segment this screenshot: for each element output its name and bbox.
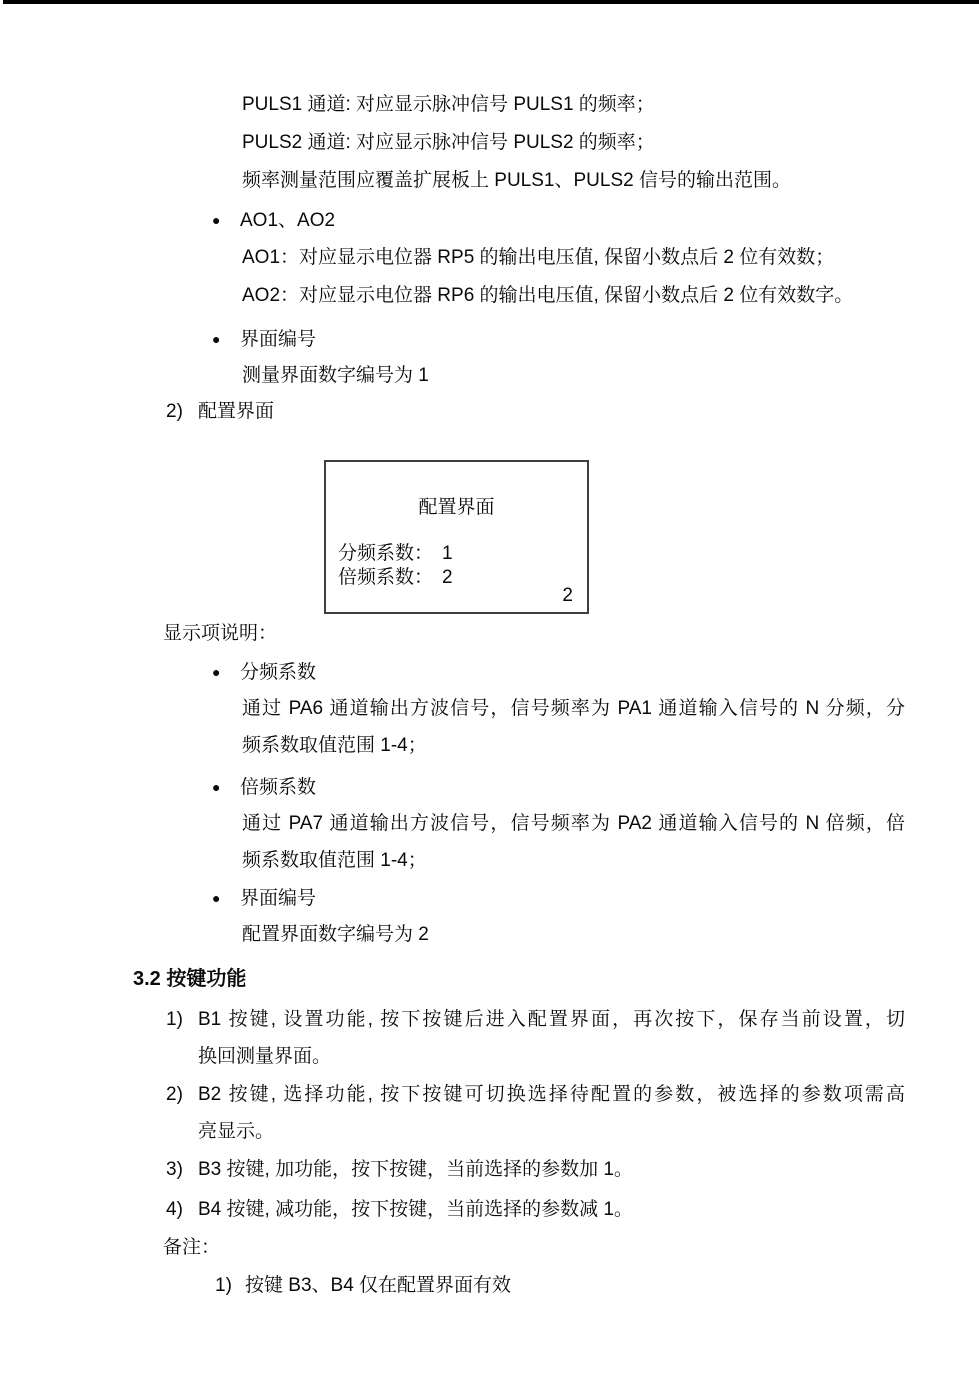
key-item-b1: 1)B1 按键, 设置功能, 按下按键后进入配置界面，再次按下，保存当前设置，切 bbox=[166, 1009, 905, 1031]
freq-range-paragraph: 频率测量范围应覆盖扩展板上 PULS1、PULS2 信号的输出范围。 bbox=[242, 170, 791, 192]
list-number: 3) bbox=[166, 1159, 198, 1181]
config-screen-title: 配置界面 bbox=[326, 492, 587, 519]
display-items-heading: 显示项说明： bbox=[163, 623, 277, 645]
note-item-1: 1)按键 B3、B4 仅在配置界面有效 bbox=[215, 1275, 511, 1297]
config-screen-figure: 配置界面 分频系数：1 倍频系数：2 2 bbox=[324, 460, 589, 614]
bullet-icon: ● bbox=[212, 887, 240, 909]
divider-desc-line2: 频系数取值范围 1-4； bbox=[242, 735, 427, 757]
key-item-b2-line2: 亮显示。 bbox=[198, 1121, 274, 1143]
param-label: 倍频系数 bbox=[338, 567, 414, 588]
bullet-item-divider: ●分频系数 bbox=[212, 661, 316, 684]
bullet-label-ui-number: 界面编号 bbox=[240, 329, 316, 350]
key-item-b4-line1: B4 按键, 减功能，按下按键，当前选择的参数减 1。 bbox=[198, 1199, 633, 1220]
key-item-b4: 4)B4 按键, 减功能，按下按键，当前选择的参数减 1。 bbox=[166, 1199, 633, 1221]
colon: ： bbox=[414, 567, 433, 588]
notes-heading: 备注： bbox=[163, 1237, 220, 1259]
multiplier-desc-line1: 通过 PA7 通道输出方波信号，信号频率为 PA2 通道输入信号的 N 倍频，倍 bbox=[242, 813, 905, 835]
puls2-paragraph: PULS2 通道: 对应显示脉冲信号 PULS2 的频率； bbox=[242, 132, 655, 154]
bullet-label-multiplier: 倍频系数 bbox=[240, 777, 316, 798]
bullet-label-ao: AO1、AO2 bbox=[240, 210, 335, 231]
note-item-1-text: 按键 B3、B4 仅在配置界面有效 bbox=[245, 1275, 511, 1296]
bullet-icon: ● bbox=[212, 776, 240, 798]
ao2-paragraph: AO2：对应显示电位器 RP6 的输出电压值, 保留小数点后 2 位有效数字。 bbox=[242, 285, 853, 307]
ui-number-2-desc: 配置界面数字编号为 2 bbox=[242, 924, 429, 946]
list-number: 1) bbox=[166, 1009, 198, 1031]
key-item-b1-line1: B1 按键, 设置功能, 按下按键后进入配置界面，再次按下，保存当前设置，切 bbox=[198, 1009, 905, 1031]
bullet-item-ao: ●AO1、AO2 bbox=[212, 209, 335, 232]
divider-desc-line1: 通过 PA6 通道输出方波信号，信号频率为 PA1 通道输入信号的 N 分频，分 bbox=[242, 698, 905, 720]
section-heading-key-functions: 3.2 按键功能 bbox=[133, 968, 246, 990]
key-item-b2-line1: B2 按键, 选择功能, 按下按键可切换选择待配置的参数，被选择的参数项需高 bbox=[198, 1084, 905, 1106]
list-number: 2) bbox=[166, 1084, 198, 1106]
bullet-icon: ● bbox=[212, 328, 240, 350]
config-heading-label: 配置界面 bbox=[198, 401, 274, 422]
param-label: 分频系数 bbox=[338, 543, 414, 564]
page-top-border bbox=[3, 0, 979, 4]
bullet-item-ui-number-2: ●界面编号 bbox=[212, 887, 316, 910]
config-screen-page-number: 2 bbox=[562, 585, 573, 607]
key-item-b1-line2: 换回测量界面。 bbox=[198, 1046, 331, 1068]
bullet-item-ui-number: ●界面编号 bbox=[212, 328, 316, 351]
config-screen-row-multiplier: 倍频系数：2 bbox=[338, 562, 453, 589]
ao1-paragraph: AO1：对应显示电位器 RP5 的输出电压值, 保留小数点后 2 位有效数； bbox=[242, 247, 834, 269]
list-number: 4) bbox=[166, 1199, 198, 1221]
bullet-icon: ● bbox=[212, 209, 240, 231]
param-value: 1 bbox=[442, 543, 453, 564]
document-page: PULS1 通道: 对应显示脉冲信号 PULS1 的频率； PULS2 通道: … bbox=[0, 0, 979, 1398]
bullet-item-multiplier: ●倍频系数 bbox=[212, 776, 316, 799]
param-value: 2 bbox=[442, 567, 453, 588]
bullet-label-divider: 分频系数 bbox=[240, 662, 316, 683]
ui-number-paragraph: 测量界面数字编号为 1 bbox=[242, 365, 429, 387]
puls1-paragraph: PULS1 通道: 对应显示脉冲信号 PULS1 的频率； bbox=[242, 94, 655, 116]
key-item-b2: 2)B2 按键, 选择功能, 按下按键可切换选择待配置的参数，被选择的参数项需高 bbox=[166, 1084, 905, 1106]
list-number: 1) bbox=[215, 1275, 245, 1297]
config-screen-row-divider: 分频系数：1 bbox=[338, 538, 453, 565]
list-number: 2) bbox=[166, 401, 198, 423]
config-section-heading: 2)配置界面 bbox=[166, 401, 274, 423]
multiplier-desc-line2: 频系数取值范围 1-4； bbox=[242, 850, 427, 872]
key-item-b3-line1: B3 按键, 加功能，按下按键，当前选择的参数加 1。 bbox=[198, 1159, 633, 1180]
key-item-b3: 3)B3 按键, 加功能，按下按键，当前选择的参数加 1。 bbox=[166, 1159, 633, 1181]
colon: ： bbox=[414, 543, 433, 564]
bullet-label-ui-number-2: 界面编号 bbox=[240, 888, 316, 909]
bullet-icon: ● bbox=[212, 661, 240, 683]
